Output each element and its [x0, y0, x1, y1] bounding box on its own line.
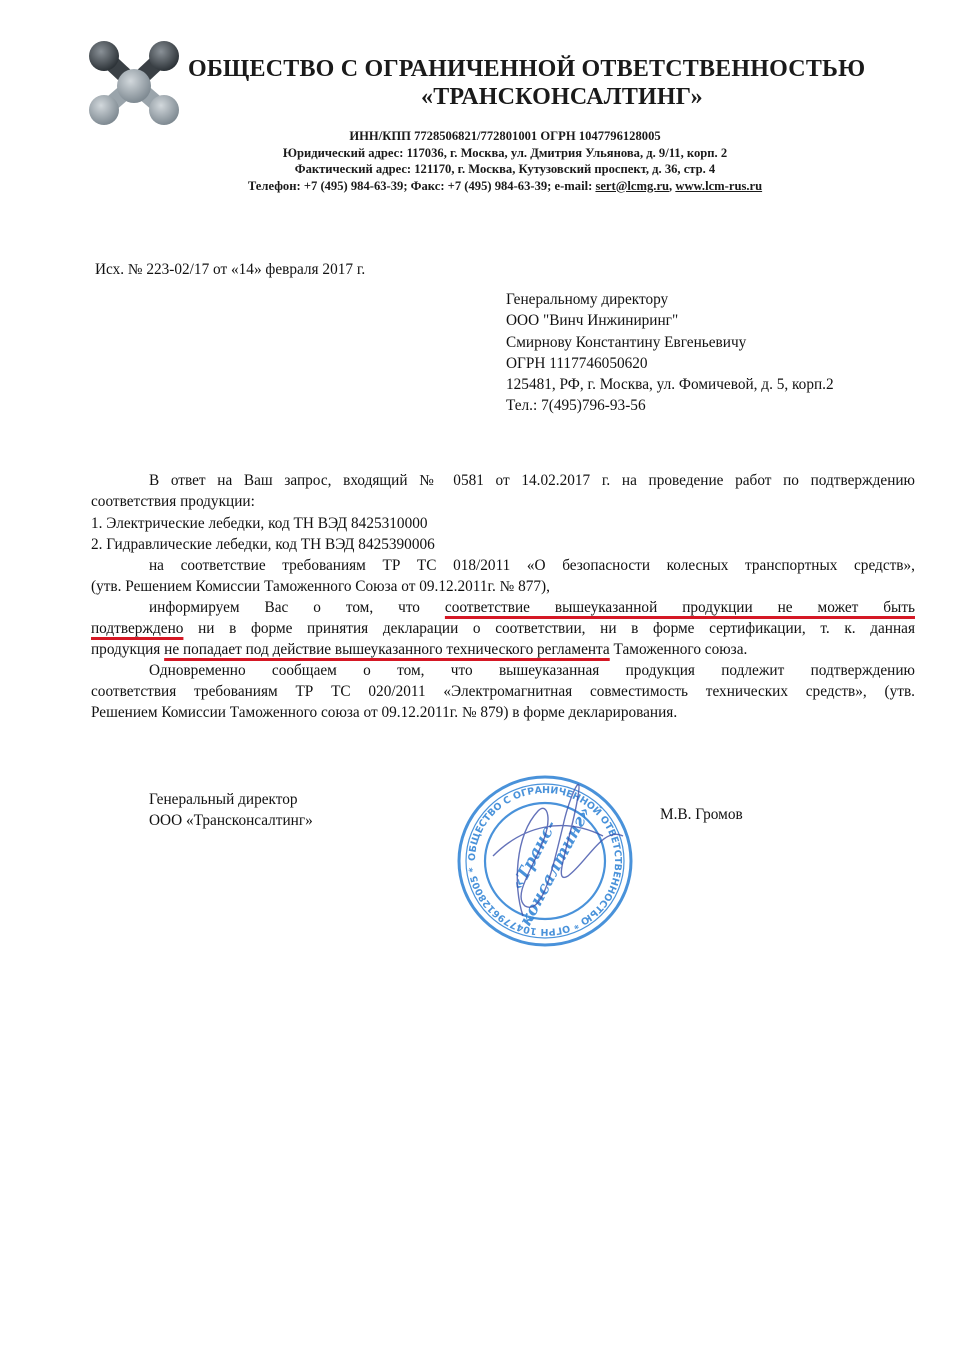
product-item: 2. Гидравлические лебедки, код ТН ВЭД 84… [91, 534, 435, 555]
company-seal-stamp: ОБЩЕСТВО С ОГРАНИЧЕННОЙ ОТВЕТСТВЕННОСТЬЮ… [453, 766, 638, 951]
inform-line-1: информируем Вас о том, что соответствие … [149, 597, 915, 618]
inn-kpp-ogrn: ИНН/КПП 7728506821/772801001 ОГРН 104779… [0, 128, 960, 145]
inform-text: ни в форме принятия декларации о соответ… [183, 620, 915, 637]
outgoing-reference: Исх. № 223-02/17 от «14» февраля 2017 г. [95, 261, 365, 279]
signatory-block: Генеральный директор ООО «Трансконсалтин… [149, 789, 313, 832]
organization-name-line1: ОБЩЕСТВО С ОГРАНИЧЕННОЙ ОТВЕТСТВЕННОСТЬЮ [188, 56, 865, 83]
organization-name-line2: «ТРАНСКОНСАЛТИНГ» [421, 84, 703, 111]
signatory-company: ООО «Трансконсалтинг» [149, 810, 313, 831]
contacts-line: Телефон: +7 (495) 984-63-39; Факс: +7 (4… [0, 178, 960, 195]
website-link[interactable]: www.lcm-rus.ru [675, 179, 762, 193]
addressee-line: Смирнову Константину Евгеньевичу [506, 332, 834, 353]
inform-text: информируем Вас о том, что [149, 599, 445, 616]
addressee-line: Генеральному директору [506, 289, 834, 310]
regulation-line-2: (утв. Решением Комиссии Таможенного Союз… [91, 576, 550, 597]
addressee-line: 125481, РФ, г. Москва, ул. Фомичевой, д.… [506, 374, 834, 395]
legal-address: Юридический адрес: 117036, г. Москва, ул… [0, 145, 960, 162]
inform-line-2: подтверждено ни в форме принятия деклара… [91, 618, 915, 639]
product-item: 1. Электрические лебедки, код ТН ВЭД 842… [91, 513, 428, 534]
also-line-2: соответствия требованиям ТР ТС 020/2011 … [91, 681, 915, 702]
addressee-line: ОГРН 1117746050620 [506, 353, 834, 374]
inform-text: продукция [91, 641, 164, 658]
also-line-3: Решением Комиссии Таможенного союза от 0… [91, 702, 677, 723]
addressee-block: Генеральному директору ООО "Винч Инжинир… [506, 289, 834, 417]
inform-text: Таможенного союза. [610, 641, 748, 658]
signatory-name: М.В. Громов [660, 806, 743, 824]
email-link[interactable]: sert@lcmg.ru [595, 179, 669, 193]
addressee-line: ООО "Винч Инжиниринг" [506, 310, 834, 331]
intro-line-2: соответствия продукции: [91, 491, 255, 512]
highlighted-statement: подтверждено [91, 620, 183, 637]
signatory-position: Генеральный директор [149, 789, 313, 810]
company-logo-icon [86, 38, 182, 126]
highlighted-statement: не попадает под действие вышеуказанного … [164, 641, 610, 658]
highlighted-statement: соответствие вышеуказанной продукции не … [445, 599, 915, 616]
inform-line-3: продукция не попадает под действие вышеу… [91, 639, 747, 660]
company-requisites: ИНН/КПП 7728506821/772801001 ОГРН 104779… [0, 128, 960, 194]
actual-address: Фактический адрес: 121170, г. Москва, Ку… [0, 161, 960, 178]
addressee-line: Тел.: 7(495)796-93-56 [506, 395, 834, 416]
also-line-1: Одновременно сообщаем о том, что вышеука… [149, 660, 915, 681]
intro-line-1: В ответ на Ваш запрос, входящий № 0581 о… [149, 470, 915, 491]
regulation-line-1: на соответствие требованиям ТР ТС 018/20… [149, 555, 915, 576]
phone-fax: Телефон: +7 (495) 984-63-39; Факс: +7 (4… [248, 179, 596, 193]
